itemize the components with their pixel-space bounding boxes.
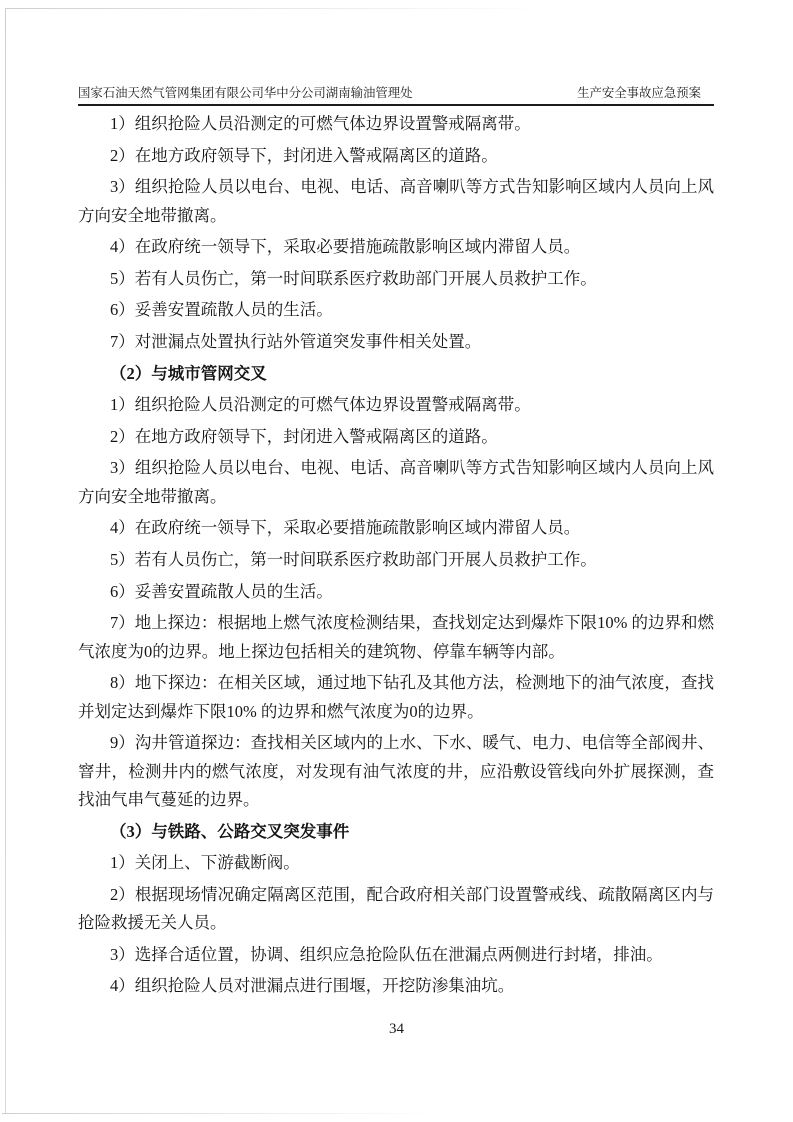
list-paragraph: 3）选择合适位置，协调、组织应急抢险队伍在泄漏点两侧进行封堵，排油。 xyxy=(78,941,714,969)
list-paragraph: 1）组织抢险人员沿测定的可燃气体边界设置警戒隔离带。 xyxy=(78,391,714,419)
list-paragraph: 2）在地方政府领导下，封闭进入警戒隔离区的道路。 xyxy=(78,142,714,170)
header-document-title: 生产安全事故应急预案 xyxy=(577,85,714,101)
list-paragraph: 5）若有人员伤亡，第一时间联系医疗救助部门开展人员救护工作。 xyxy=(78,546,714,574)
document-header: 国家石油天然气管网集团有限公司华中分公司湖南输油管理处 生产安全事故应急预案 xyxy=(78,85,714,106)
list-paragraph: 2）根据现场情况确定隔离区范围，配合政府相关部门设置警戒线、疏散隔离区内与抢险救… xyxy=(78,881,714,938)
document-page: 国家石油天然气管网集团有限公司华中分公司湖南输油管理处 生产安全事故应急预案 1… xyxy=(0,0,793,1122)
list-paragraph: 1）组织抢险人员沿测定的可燃气体边界设置警戒隔离带。 xyxy=(78,110,714,138)
section-heading: （2）与城市管网交叉 xyxy=(78,360,714,388)
page-border-top xyxy=(6,8,546,9)
list-paragraph: 4）组织抢险人员对泄漏点进行围堰，开挖防渗集油坑。 xyxy=(78,972,714,1000)
list-paragraph: 2）在地方政府领导下，封闭进入警戒隔离区的道路。 xyxy=(78,423,714,451)
list-paragraph: 7）对泄漏点处置执行站外管道突发事件相关处置。 xyxy=(78,328,714,356)
list-paragraph: 5）若有人员伤亡，第一时间联系医疗救助部门开展人员救护工作。 xyxy=(78,265,714,293)
page-border-bottom xyxy=(2,1113,442,1114)
list-paragraph: 3）组织抢险人员以电台、电视、电话、高音喇叭等方式告知影响区域内人员向上风方向安… xyxy=(78,454,714,511)
list-paragraph: 3）组织抢险人员以电台、电视、电话、高音喇叭等方式告知影响区域内人员向上风方向安… xyxy=(78,173,714,230)
list-paragraph: 1）关闭上、下游截断阀。 xyxy=(78,849,714,877)
list-paragraph: 7）地上探边：根据地上燃气浓度检测结果，查找划定达到爆炸下限10% 的边界和燃气… xyxy=(78,609,714,666)
document-footer: 34 xyxy=(0,1021,793,1038)
list-paragraph: 8）地下探边：在相关区域，通过地下钻孔及其他方法，检测地下的油气浓度，查找并划定… xyxy=(78,669,714,726)
list-paragraph: 9）沟井管道探边：查找相关区域内的上水、下水、暖气、电力、电信等全部阀井、窨井，… xyxy=(78,729,714,814)
section-heading: （3）与铁路、公路交叉突发事件 xyxy=(78,818,714,846)
list-paragraph: 4）在政府统一领导下，采取必要措施疏散影响区域内滞留人员。 xyxy=(78,514,714,542)
list-paragraph: 6）妥善安置疏散人员的生活。 xyxy=(78,578,714,606)
page-border-left xyxy=(5,8,6,1114)
page-number: 34 xyxy=(389,1021,404,1037)
header-company-title: 国家石油天然气管网集团有限公司华中分公司湖南输油管理处 xyxy=(78,85,413,101)
document-body: 1）组织抢险人员沿测定的可燃气体边界设置警戒隔离带。2）在地方政府领导下，封闭进… xyxy=(78,110,714,1004)
list-paragraph: 4）在政府统一领导下，采取必要措施疏散影响区域内滞留人员。 xyxy=(78,233,714,261)
list-paragraph: 6）妥善安置疏散人员的生活。 xyxy=(78,296,714,324)
